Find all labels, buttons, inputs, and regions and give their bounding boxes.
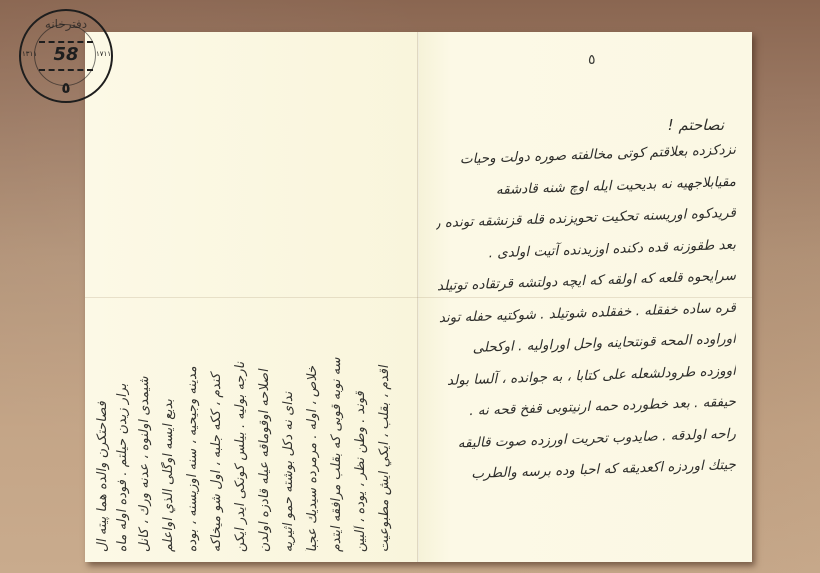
- archive-stamp: دفترخانه ١٣١١ 58 ١٧١١ ٥: [19, 9, 113, 103]
- right-page-text: نزدكزده بعلاقتم كوتى مخالفته صوره دولت و…: [436, 140, 736, 487]
- stamp-bottom-text: ٥: [21, 79, 111, 97]
- left-page-text: اقدم ، بقلب ، ايكي ايش مطبوعيت قوند . وط…: [95, 42, 405, 542]
- salutation: نصاحتم !: [668, 116, 724, 134]
- stamp-top-text: دفترخانه: [21, 17, 111, 31]
- horizontal-fold-crease: [85, 297, 752, 298]
- page-number: ٥: [588, 52, 596, 68]
- stamp-right-text: ١٧١١: [96, 50, 111, 58]
- stamp-dashed-bar: [39, 69, 93, 74]
- handwritten-line: فصاحتكرن والده هما پيته ال: [95, 221, 121, 553]
- letter-document: اقدم ، بقلب ، ايكي ايش مطبوعيت قوند . وط…: [85, 32, 752, 562]
